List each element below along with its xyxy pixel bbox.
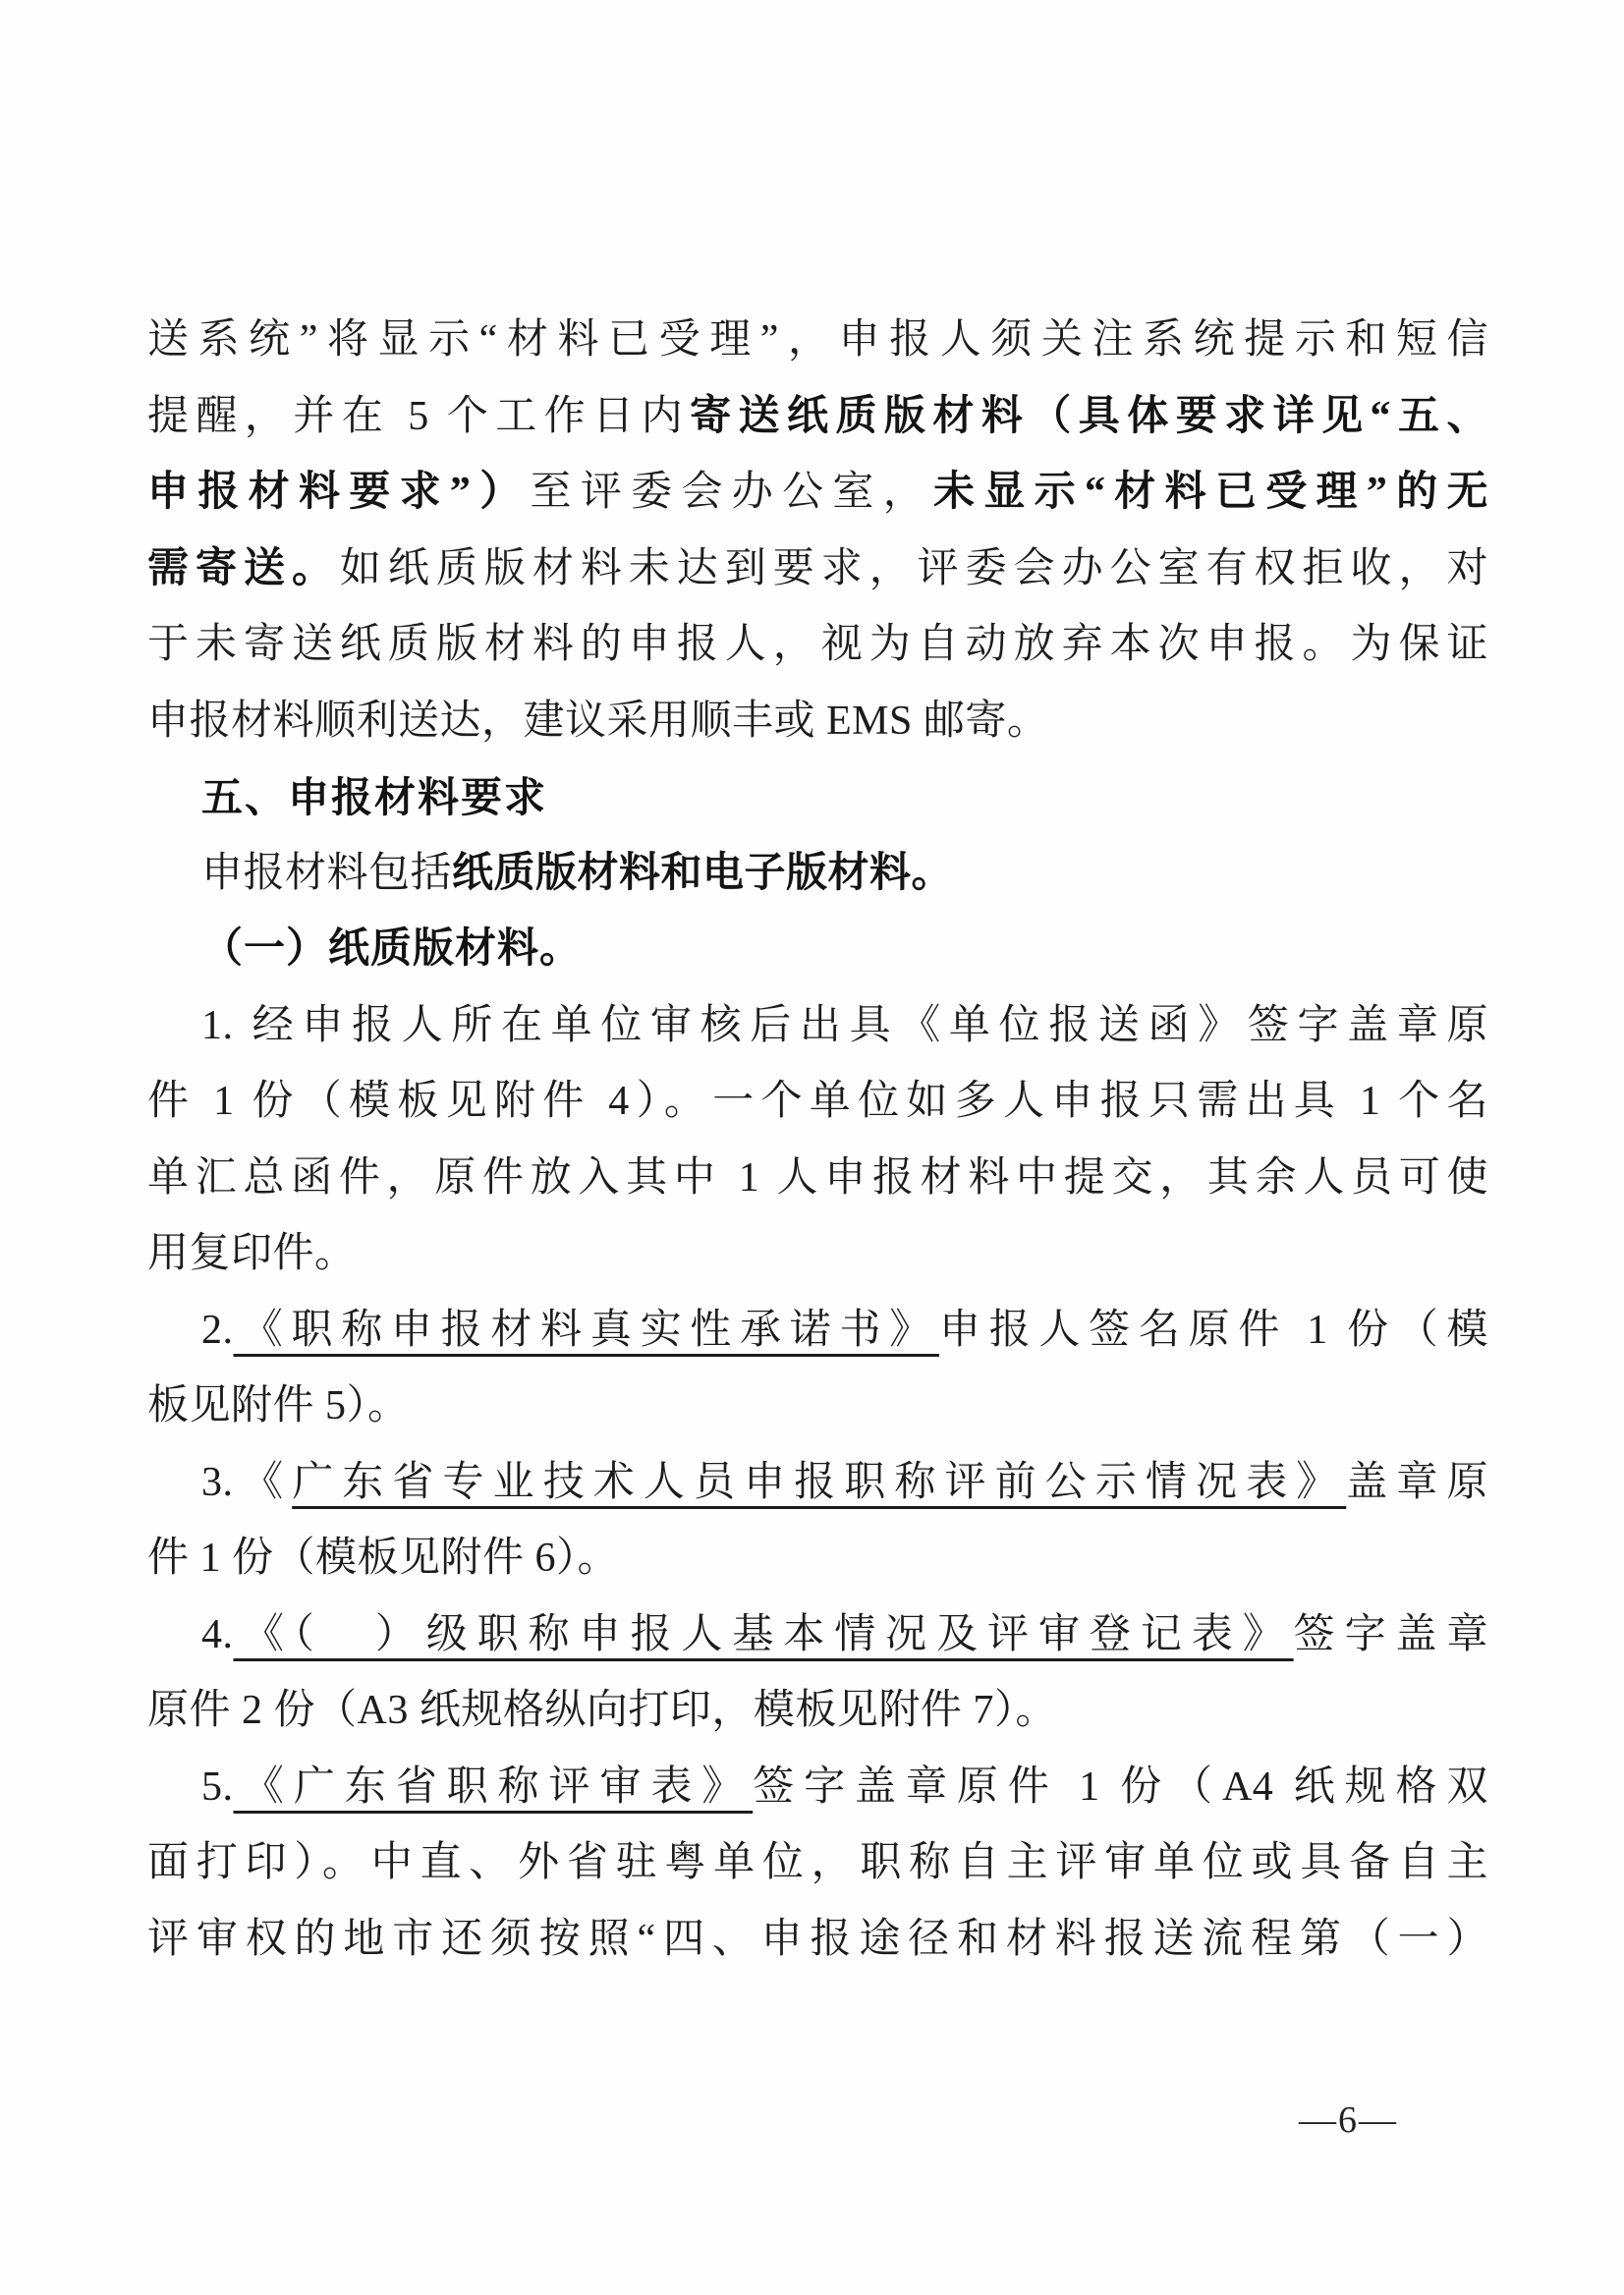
list-item-2-line: 2.《职称申报材料真实性承诺书》申报人签名原件 1 份（模 xyxy=(147,1293,1488,1370)
body-text: 5. xyxy=(201,1764,234,1810)
body-text: 1. 经申报人所在单位审核后出具《单位报送函》签字盖章原 xyxy=(201,1003,1488,1048)
list-item-2-line: 板见附件 5）。 xyxy=(147,1369,1488,1445)
emphasis-bold: 寄送纸质版材料（具体要求详见“五、 xyxy=(690,394,1488,439)
list-item-1-line: 件 1 份（模板见附件 4）。一个单位如多人申报只需出具 1 个名 xyxy=(147,1064,1488,1141)
subsection-heading-paper-materials: （一）纸质版材料。 xyxy=(147,912,1488,988)
text-line: 申报材料顺利送达，建议采用顺丰或 EMS 邮寄。 xyxy=(147,684,1488,760)
text-line: 提醒，并在 5 个工作日内寄送纸质版材料（具体要求详见“五、 xyxy=(147,379,1488,456)
section-heading-text: 五、申报材料要求 xyxy=(201,774,547,820)
body-text: 至评委会办公室， xyxy=(531,470,934,515)
body-text: 件 1 份（模板见附件 4）。一个单位如多人申报只需出具 1 个名 xyxy=(147,1079,1488,1124)
body-text: 4. xyxy=(201,1612,234,1657)
body-text: 评审权的地市还须按照“四、申报途径和材料报送流程第（一） xyxy=(147,1917,1488,1962)
body-text: 3.《 xyxy=(201,1460,292,1505)
body-text: 申报人签名原件 1 份（模 xyxy=(939,1308,1488,1353)
list-item-5-line: 面打印）。中直、外省驻粤单位，职称自主评审单位或具备自主 xyxy=(147,1825,1488,1902)
body-text: 盖章原 xyxy=(1346,1460,1488,1505)
text-line: 于未寄送纸质版材料的申报人，视为自动放弃本次申报。为保证 xyxy=(147,607,1488,684)
text-line: 送系统”将显示“材料已受理”，申报人须关注系统提示和短信 xyxy=(147,303,1488,379)
body-text: 单汇总函件，原件放入其中 1 人申报材料中提交，其余人员可使 xyxy=(147,1155,1488,1201)
doc-title-underlined: 《职称申报材料真实性承诺书》 xyxy=(234,1308,939,1353)
page-number: —6— xyxy=(1299,2099,1398,2142)
document-body: 送系统”将显示“材料已受理”，申报人须关注系统提示和短信 提醒，并在 5 个工作… xyxy=(147,303,1488,1978)
body-text: 面打印）。中直、外省驻粤单位，职称自主评审单位或具备自主 xyxy=(147,1840,1488,1885)
text-line: 申报材料要求”）至评委会办公室，未显示“材料已受理”的无 xyxy=(147,455,1488,532)
doc-title-underlined: 《广东省职称评审表》 xyxy=(234,1764,754,1810)
subsection-heading-text: （一）纸质版材料。 xyxy=(201,926,582,972)
list-item-5-line: 评审权的地市还须按照“四、申报途径和材料报送流程第（一） xyxy=(147,1902,1488,1979)
doc-title-underlined: 广东省专业技术人员申报职称评前公示情况表》 xyxy=(292,1460,1346,1505)
body-text: 提醒，并在 5 个工作日内 xyxy=(147,394,690,439)
list-item-1-line: 用复印件。 xyxy=(147,1216,1488,1293)
body-text: 申报材料顺利送达，建议采用顺丰或 EMS 邮寄。 xyxy=(147,699,1048,744)
body-text: 送系统”将显示“材料已受理”，申报人须关注系统提示和短信 xyxy=(147,317,1488,363)
body-text: 原件 2 份（A3 纸规格纵向打印，模板见附件 7）。 xyxy=(147,1688,1057,1733)
list-item-3-line: 3.《广东省专业技术人员申报职称评前公示情况表》盖章原 xyxy=(147,1445,1488,1522)
body-text: 件 1 份（模板见附件 6）。 xyxy=(147,1536,619,1581)
body-text: 板见附件 5）。 xyxy=(147,1383,410,1428)
list-item-3-line: 件 1 份（模板见附件 6）。 xyxy=(147,1521,1488,1597)
list-item-1-line: 单汇总函件，原件放入其中 1 人申报材料中提交，其余人员可使 xyxy=(147,1141,1488,1217)
body-text: 2. xyxy=(201,1308,234,1353)
body-text: 于未寄送纸质版材料的申报人，视为自动放弃本次申报。为保证 xyxy=(147,622,1488,667)
body-text: 用复印件。 xyxy=(147,1231,357,1276)
text-line: 申报材料包括纸质版材料和电子版材料。 xyxy=(147,836,1488,913)
body-text: 签字盖章 xyxy=(1294,1612,1488,1657)
list-item-4-line: 4.《（ ）级职称申报人基本情况及评审登记表》签字盖章 xyxy=(147,1597,1488,1674)
text-line: 需寄送。如纸质版材料未达到要求，评委会办公室有权拒收，对 xyxy=(147,532,1488,608)
document-page: 送系统”将显示“材料已受理”，申报人须关注系统提示和短信 提醒，并在 5 个工作… xyxy=(0,0,1624,2295)
body-text: 如纸质版材料未达到要求，评委会办公室有权拒收，对 xyxy=(340,546,1488,591)
list-item-4-line: 原件 2 份（A3 纸规格纵向打印，模板见附件 7）。 xyxy=(147,1673,1488,1750)
body-text: 申报材料包括 xyxy=(201,851,452,896)
doc-title-underlined: 《（ ）级职称申报人基本情况及评审登记表》 xyxy=(234,1612,1294,1657)
list-item-5-line: 5.《广东省职称评审表》签字盖章原件 1 份（A4 纸规格双 xyxy=(147,1750,1488,1826)
emphasis-bold: 申报材料要求”） xyxy=(147,470,531,515)
section-heading-five: 五、申报材料要求 xyxy=(147,759,1488,836)
body-text: 签字盖章原件 1 份（A4 纸规格双 xyxy=(753,1764,1488,1810)
emphasis-bold: 需寄送。 xyxy=(147,546,340,591)
emphasis-bold: 未显示“材料已受理”的无 xyxy=(933,470,1488,515)
emphasis-bold: 纸质版材料和电子版材料。 xyxy=(452,851,953,896)
list-item-1-line: 1. 经申报人所在单位审核后出具《单位报送函》签字盖章原 xyxy=(147,988,1488,1065)
